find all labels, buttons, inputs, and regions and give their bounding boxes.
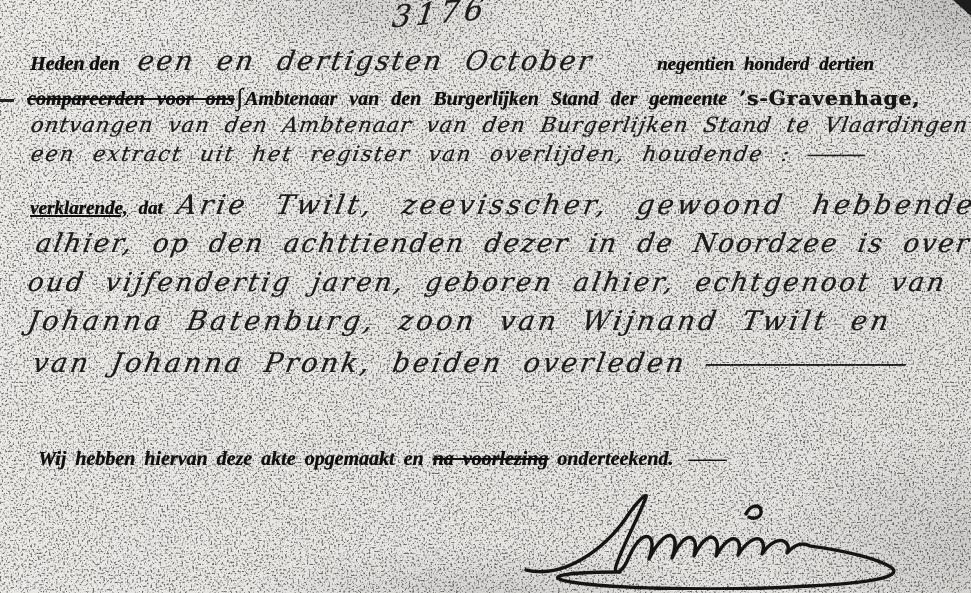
printed-year: negentien honderd dertien xyxy=(657,54,874,75)
declaration-line-5: van Johanna Pronk, beiden overleden ————… xyxy=(33,348,905,379)
struck-na-voorlezing: na voorlezing xyxy=(432,448,548,470)
closing-printed-start: Wij hebben hiervan deze akte opgemaakt e… xyxy=(38,448,423,470)
struck-compareerden: compareerden voor ons xyxy=(27,88,234,110)
printed-registrar-text: Ambtenaar van den Burgerlijken Stand der… xyxy=(245,88,727,110)
scanned-death-certificate: 3176 Heden den een en dertigsten October… xyxy=(0,0,971,593)
declaration-line-4: Johanna Batenburg, zoon van Wijnand Twil… xyxy=(25,306,894,337)
declaration-line-1: verklarende, dat Arie Twilt, zeevisscher… xyxy=(30,190,971,221)
received-line-1: ontvangen van den Ambtenaar van den Burg… xyxy=(29,113,970,137)
handwritten-date: een en dertigsten October xyxy=(136,46,597,77)
registrar-line: compareerden voor ons∫Ambtenaar van den … xyxy=(27,85,920,112)
declaration-line-2: alhier, op den achttienden dezer in de N… xyxy=(33,229,971,259)
declaration-line-5-text: van Johanna Pronk, beiden overleden xyxy=(30,348,689,379)
bracket-mark: ∫ xyxy=(236,85,243,111)
printed-verklarende: verklarende, xyxy=(30,198,128,219)
printed-heden-den: Heden den xyxy=(30,53,119,75)
printed-dat: dat xyxy=(138,198,162,219)
opening-line: Heden den een en dertigsten October nege… xyxy=(30,46,874,77)
filler-dash-long: ———————— xyxy=(702,348,907,379)
municipality-name: ’s-Gravenhage, xyxy=(739,86,920,110)
filler-dash: ——— xyxy=(805,142,866,166)
closing-line: Wij hebben hiervan deze akte opgemaakt e… xyxy=(38,448,724,471)
received-line-2: een extract uit het register van overlij… xyxy=(31,142,864,167)
signature-flourish xyxy=(508,484,938,590)
declaration-line-3: oud vijfendertig jaren, geboren alhier, … xyxy=(25,268,949,298)
deceased-name-occupation: Arie Twilt, zeevisscher, gewoond hebbend… xyxy=(175,190,971,221)
act-number: 3176 xyxy=(390,0,490,35)
certificate-content: 3176 Heden den een en dertigsten October… xyxy=(0,0,971,593)
received-line-2-text: een extract uit het register van overlij… xyxy=(29,142,793,166)
closing-printed-end: onderteekend. xyxy=(557,448,673,470)
closing-dash: —— xyxy=(688,448,724,470)
